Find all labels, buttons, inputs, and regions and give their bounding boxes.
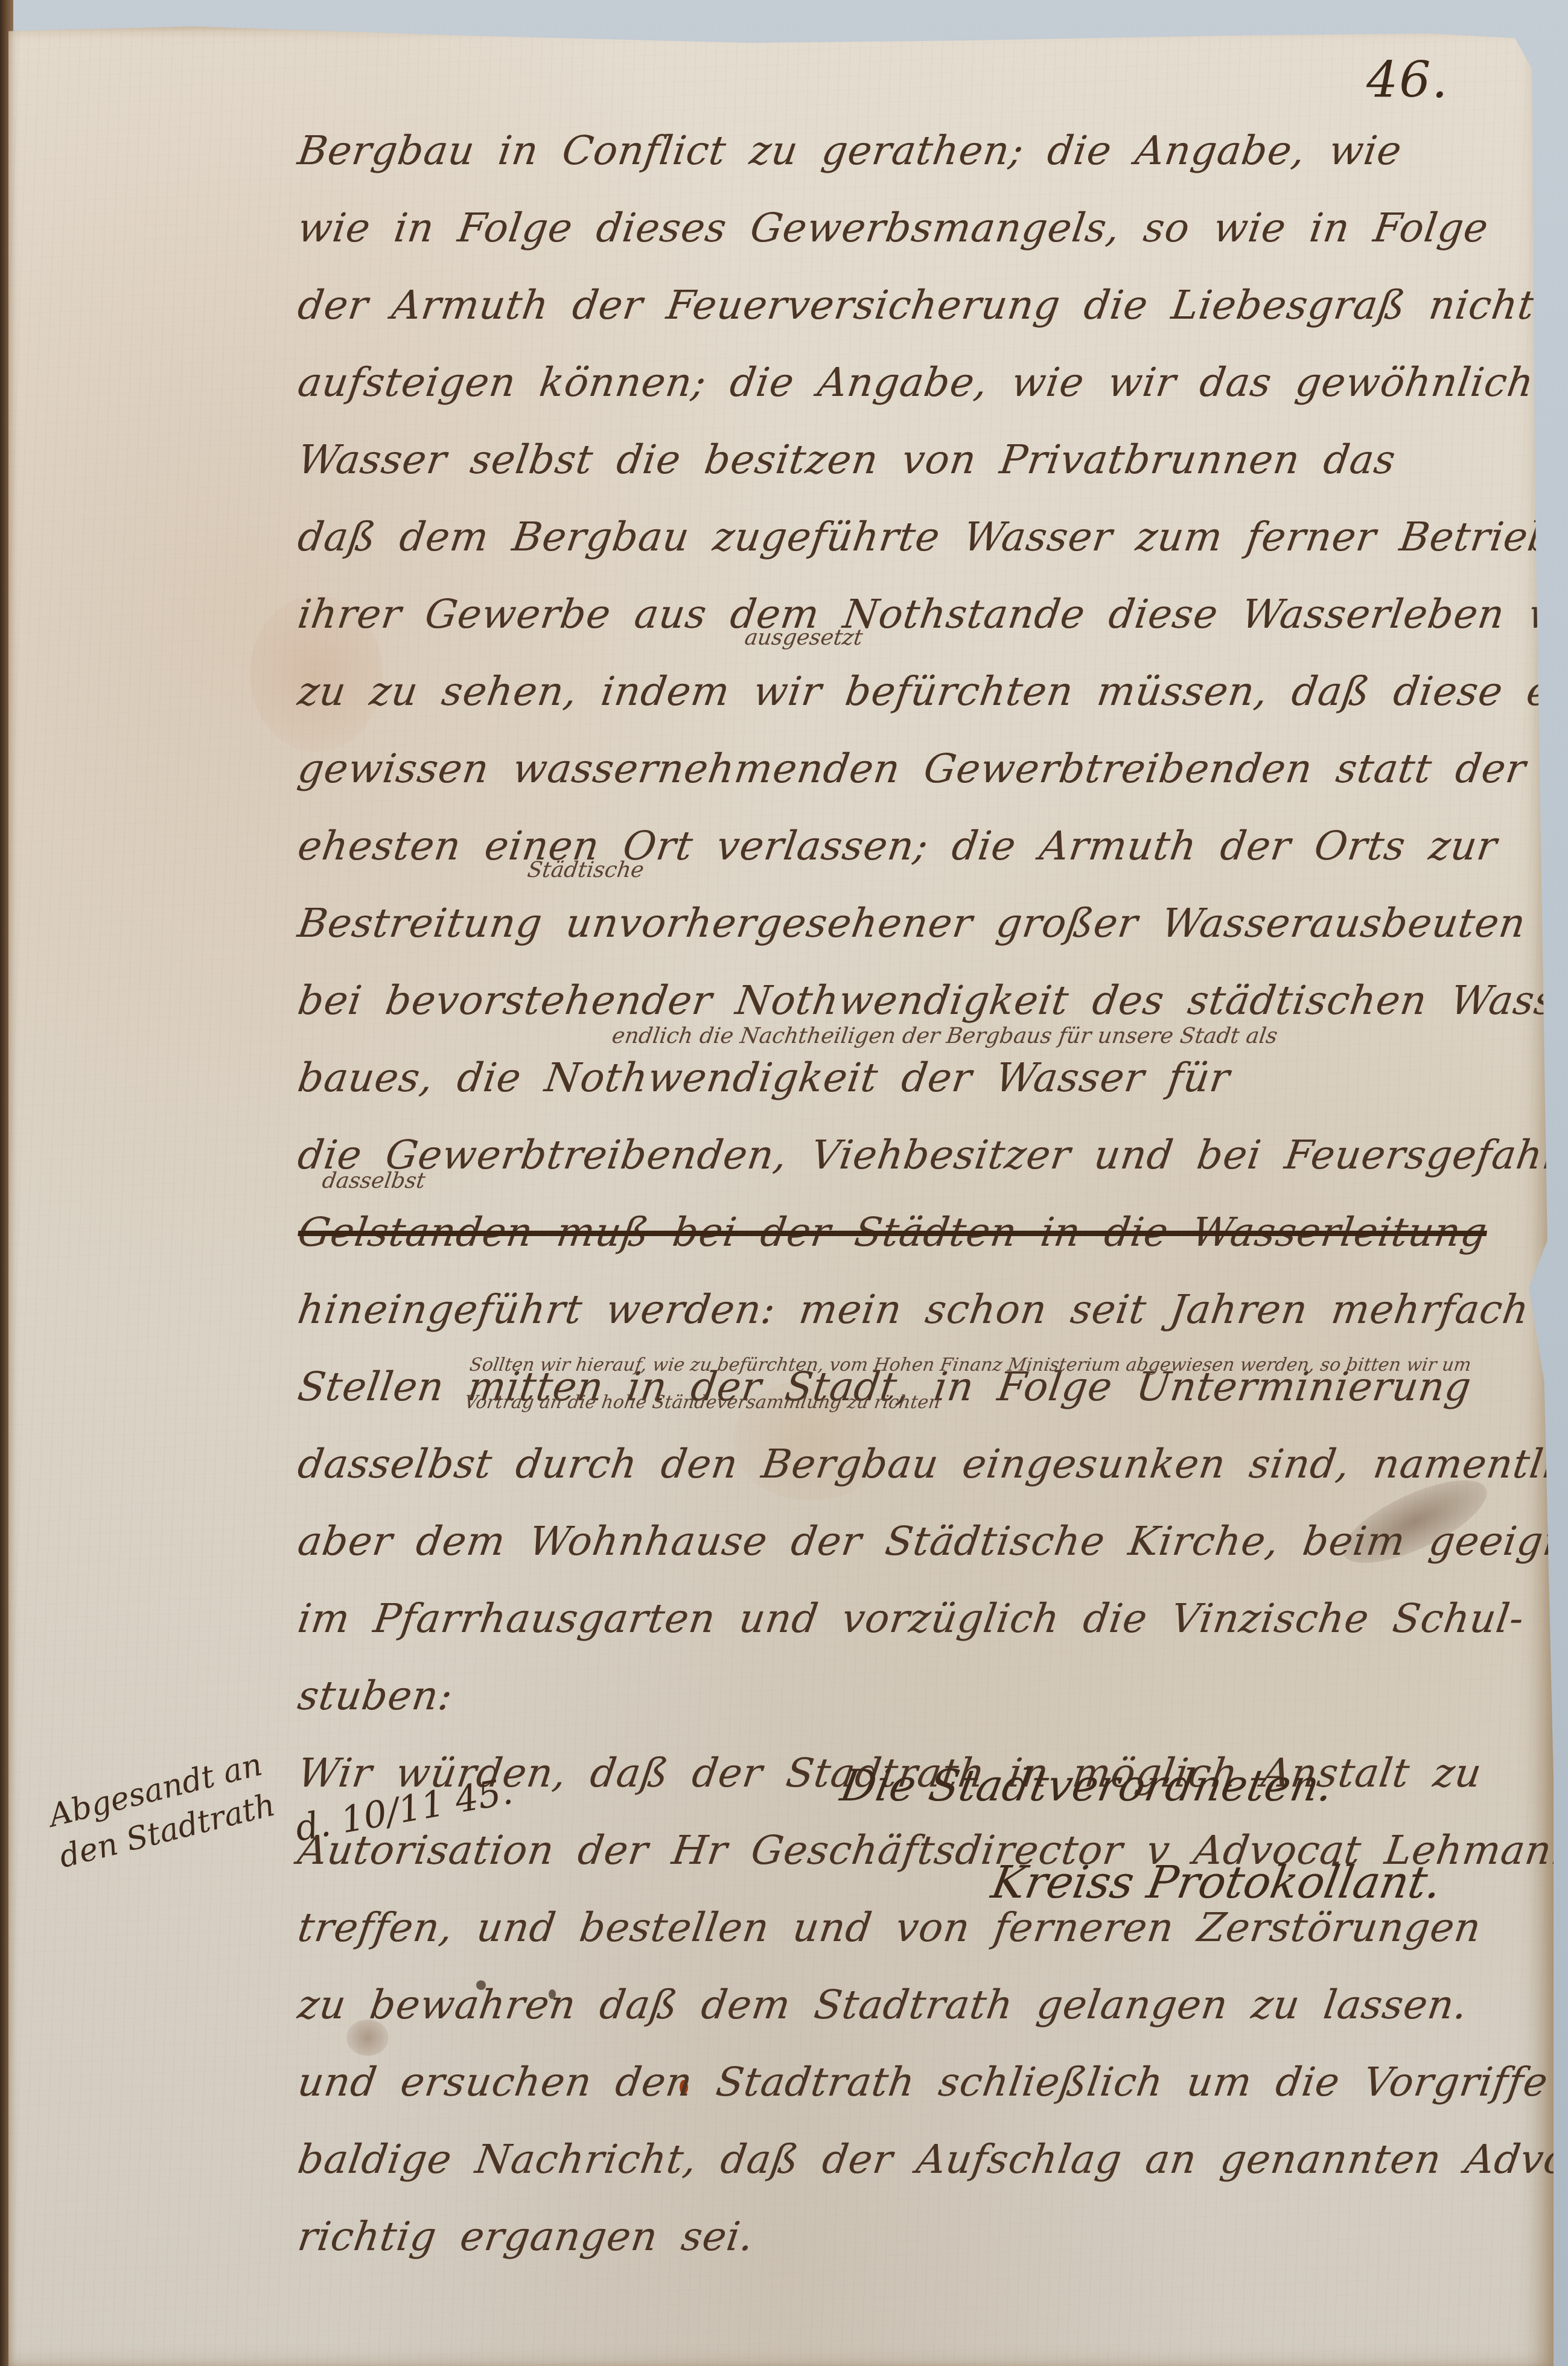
text-line: die Gewerbtreibenden, Viehbesitzer und b… bbox=[293, 1117, 1547, 1194]
text-line: ehesten einen Ort verlassen; die Armuth … bbox=[293, 808, 1547, 885]
manuscript-body: Bergbau in Conflict zu gerathen; die Ang… bbox=[298, 112, 1541, 2275]
text-line: Wasser selbst die besitzen von Privatbru… bbox=[293, 421, 1547, 499]
text-line: aufsteigen können; die Angabe, wie wir d… bbox=[293, 344, 1547, 421]
text-line: baues, die Nothwendigkeit der Wasser für bbox=[293, 1039, 1547, 1117]
text-line: zu bewahren daß dem Stadtrath gelangen z… bbox=[293, 1966, 1547, 2044]
interlinear-insertion: Städtische bbox=[526, 858, 646, 882]
text-line: ihrer Gewerbe aus dem Nothstande diese W… bbox=[293, 576, 1547, 653]
manuscript-page: 46. Bergbau in Conflict zu gerathen; die… bbox=[8, 22, 1554, 2366]
folio-number: 46. bbox=[1366, 52, 1448, 109]
text-line: Bergbau in Conflict zu gerathen; die Ang… bbox=[293, 112, 1547, 190]
struck-text-line: Gelstanden muß bei der Städten in die Wa… bbox=[293, 1194, 1547, 1271]
text-line: stuben: bbox=[293, 1657, 1547, 1735]
text-line: Bestreitung unvorhergesehener großer Was… bbox=[293, 885, 1547, 962]
text-line: zu zu sehen, indem wir befürchten müssen… bbox=[293, 653, 1547, 730]
interlinear-insertion: Sollten wir hierauf, wie zu befürchten, … bbox=[462, 1347, 1546, 1421]
interlinear-insertion: endlich die Nachtheiligen der Bergbaus f… bbox=[610, 1024, 1279, 1048]
text-line: aber dem Wohnhause der Städtische Kirche… bbox=[293, 1503, 1547, 1580]
text-line: wie in Folge dieses Gewerbsmangels, so w… bbox=[293, 190, 1547, 267]
text-line: im Pfarrhausgarten und vorzüglich die Vi… bbox=[293, 1580, 1547, 1657]
margin-dispatch-note: Abgesandt an den Stadtrath bbox=[45, 1743, 279, 1878]
interlinear-insertion: dasselbst bbox=[320, 1169, 427, 1193]
text-line: und ersuchen den Stadtrath schließlich u… bbox=[293, 2044, 1547, 2121]
closing-line-1: Die Stadtverordneten. bbox=[837, 1760, 1337, 1811]
text-line: der Armuth der Feuerversicherung die Lie… bbox=[293, 267, 1547, 344]
closing-signature: Kreiss Protokollant. bbox=[987, 1857, 1445, 1908]
text-line: baldige Nachricht, daß der Aufschlag an … bbox=[293, 2121, 1547, 2198]
text-line: daß dem Bergbau zugeführte Wasser zum fe… bbox=[293, 499, 1547, 576]
text-line: dasselbst durch den Bergbau eingesunken … bbox=[293, 1426, 1547, 1503]
text-line: gewissen wassernehmenden Gewerbtreibende… bbox=[293, 730, 1547, 808]
text-line: hineingeführt werden: mein schon seit Ja… bbox=[293, 1271, 1547, 1348]
text-line: richtig ergangen sei. bbox=[293, 2198, 1547, 2275]
interlinear-insertion: ausgesetzt bbox=[743, 625, 864, 650]
